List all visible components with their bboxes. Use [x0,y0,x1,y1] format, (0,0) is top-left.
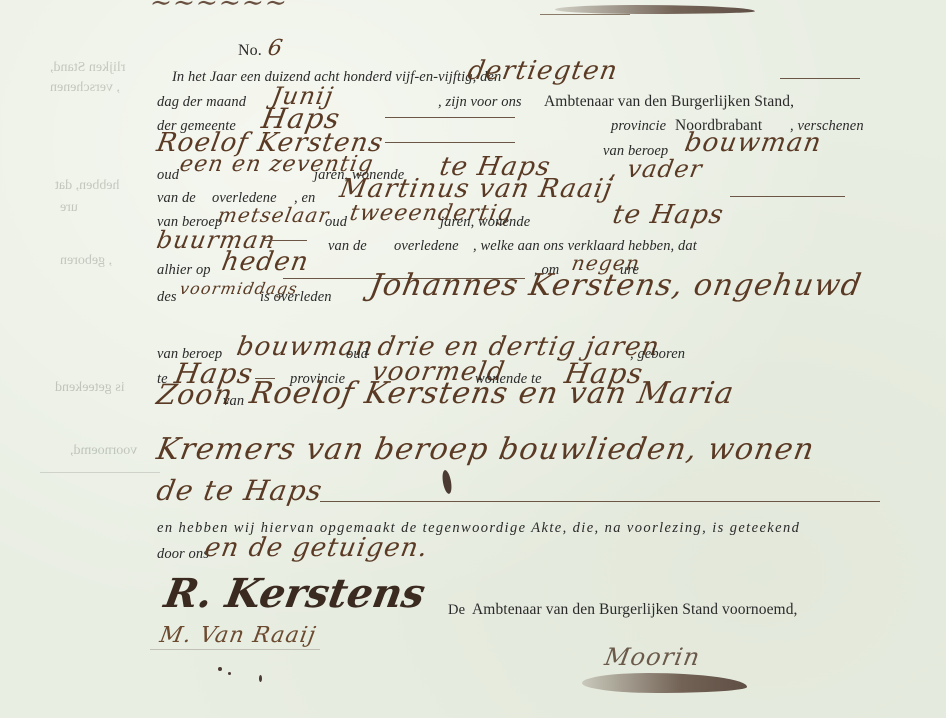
hand-declarant1-occupation: bouwman [682,128,824,158]
municipality-rule [385,117,515,118]
parents-rule [320,501,880,502]
hand-parents-3: de te Haps [154,474,325,507]
ink-dot-3 [259,675,262,682]
bleed-text-3: hebben, dat [55,178,120,194]
declarant1-rule [385,142,515,143]
closing-prefix: De [448,602,465,619]
hand-declarant2-occupation: metselaar [216,203,332,227]
bleed-text-1: rlijken Stand, [50,60,125,76]
bleed-text-2: , verschenen [50,80,120,96]
print-line-8b: overledene [394,238,459,255]
hand-parents-1b: Roelof Kerstens en van Maria [247,376,737,411]
print-line-3b: provincie [611,118,666,135]
top-ink-stroke [555,5,755,14]
hand-declarant2-residence: te Haps [610,200,726,230]
hand-date-of-death: heden [219,247,311,277]
declarant2-rule [730,196,845,197]
top-flourish-line [540,14,630,15]
bleed-rule [40,472,160,473]
ink-blot [441,469,453,494]
print-line-17: door ons [157,546,209,563]
print-line-2a: dag der maand [157,94,246,111]
print-line-2b: , zijn voor ons [438,94,522,111]
day-rule [780,78,860,79]
signature-official: Moorin [603,643,703,671]
print-line-13: van [223,393,244,410]
hand-parents-2: Kremers van beroep bouwlieden, wonen [154,432,818,467]
certificate-number-value: 6 [266,36,286,61]
hand-signed-by: en de getuigen. [202,533,431,563]
print-line-2c: Ambtenaar van den Burgerlijken Stand, [544,93,794,111]
certificate-number-label: No. [238,42,262,60]
top-flourish-left: ~~~~~~ [147,0,290,18]
closing-text: Ambtenaar van den Burgerlijken Stand voo… [472,601,798,619]
print-line-1: In het Jaar een duizend acht honderd vij… [172,69,501,86]
print-line-10a: des [157,289,177,306]
ink-dot-1 [218,667,222,671]
print-line-6a: van de [157,190,196,207]
print-line-5a: oud [157,167,179,184]
relation-rule [262,240,307,241]
print-line-7c: jaren, wonende [440,214,530,231]
print-line-11b: oud [346,346,368,363]
bleed-text-5: , geboren [60,253,112,269]
print-line-10b: is overleden [260,289,332,306]
hand-deceased-name: Johannes Kerstens, ongehuwd [367,268,865,303]
hand-declarant2-name: Martinus van Raaij [337,174,615,204]
bleed-text-7: voornoemd, [70,443,137,459]
witness2-rule [150,649,320,650]
certificate-page: ~~~~~~ rlijken Stand, , verschenen hebbe… [0,0,946,718]
print-line-9a: alhier op [157,262,211,279]
bleed-text-6: is geteekend [55,380,125,396]
signature-witness2: M. Van Raaij [158,623,319,648]
print-line-7b: oud [325,214,347,231]
hand-declarant1-relation: , vader [608,155,706,183]
hand-day: dertiegten [465,56,620,86]
signature-witness1: R. Kerstens [161,570,429,617]
bleed-text-4: ure [60,200,78,216]
official-ink-stroke [582,673,747,693]
ink-dot-2 [228,672,231,675]
print-line-8a: van de [328,238,367,255]
